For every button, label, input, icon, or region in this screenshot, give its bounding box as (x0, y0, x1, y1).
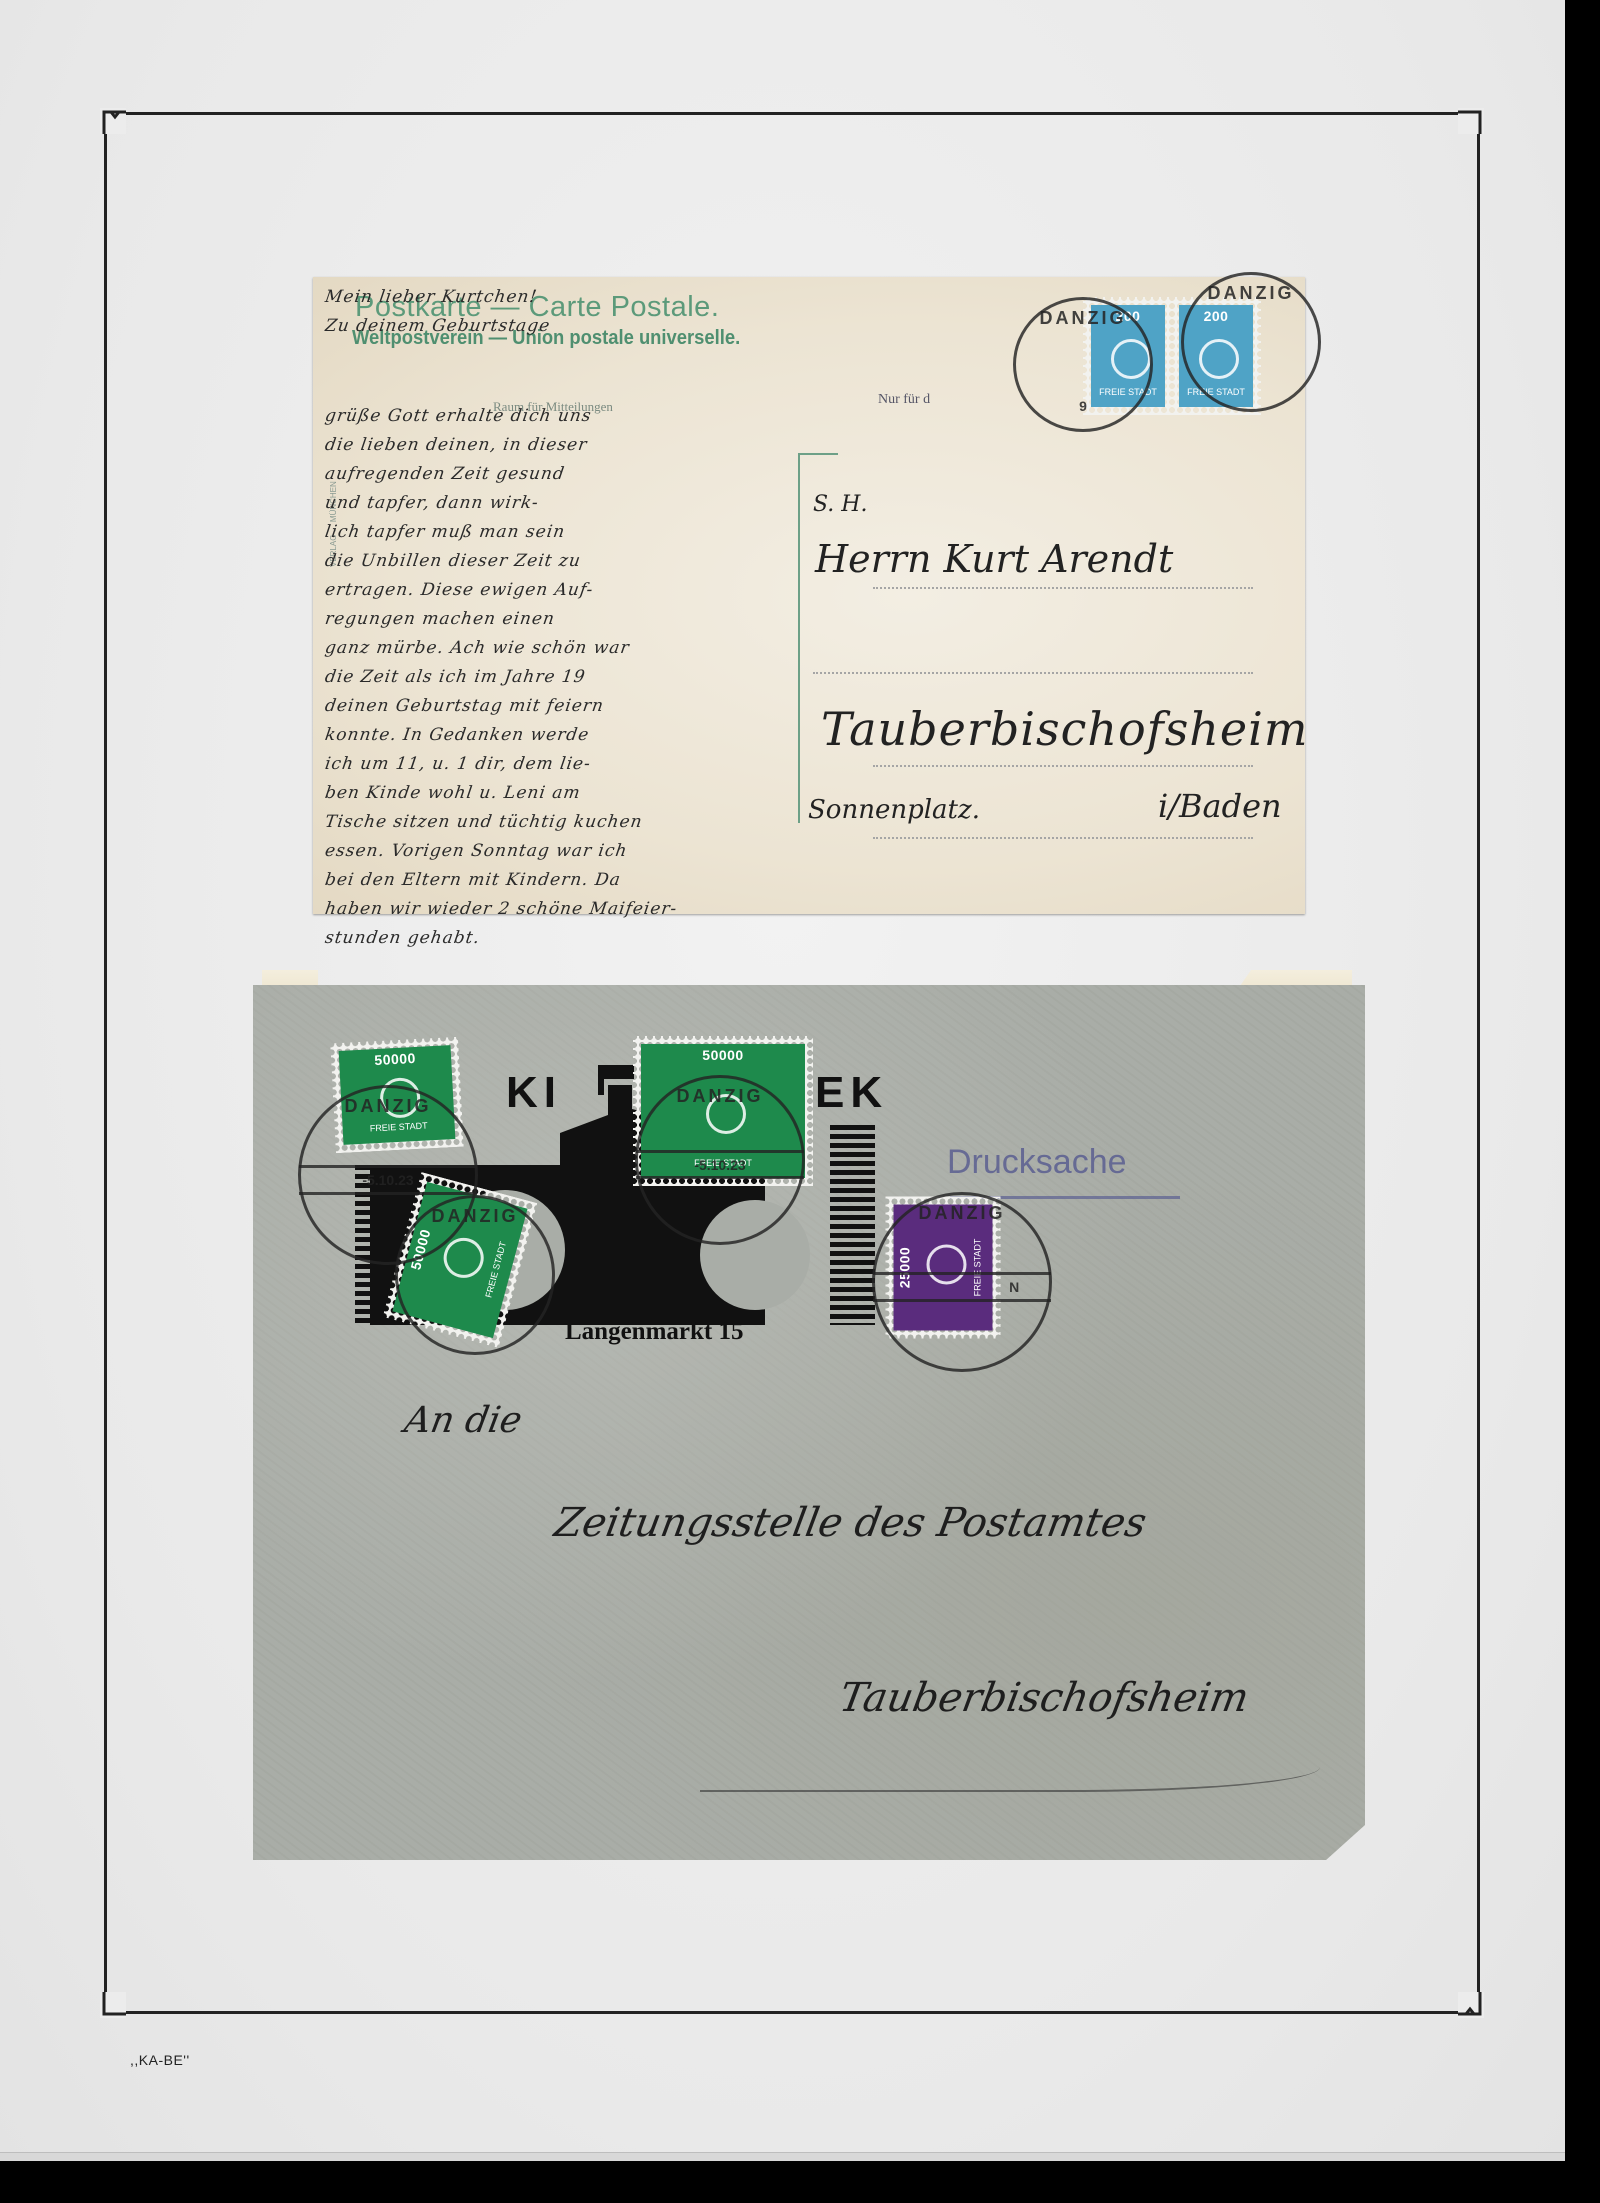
cover-address-line: Zeitungsstelle des Postamtes (551, 1500, 1150, 1546)
advert-heading-right: EK (815, 1068, 888, 1118)
address-guide-line (873, 765, 1253, 767)
message-line: die Unbillen dieser Zeit zu (323, 547, 797, 576)
postcard-divider (798, 453, 838, 455)
stamp-text: FREIE STADT (973, 1197, 983, 1339)
message-line: die lieben deinen, in dieser (323, 431, 797, 460)
message-line: regungen machen einen (323, 605, 797, 634)
postcard: Postkarte — Carte Postale. Weltpostverei… (313, 277, 1305, 914)
message-line: essen. Vorigen Sonntag war ich (323, 837, 797, 866)
address-guide-line (873, 587, 1253, 589)
stamp-danzig-green: 50000 FREIE STADT (633, 1036, 813, 1186)
address-guide-line (813, 672, 1253, 674)
message-line: ertragen. Diese ewigen Auf- (323, 576, 797, 605)
cover-address-line: An die (401, 1400, 525, 1441)
message-line: aufregenden Zeit gesund (323, 460, 797, 489)
advert-border (830, 1125, 875, 1325)
stamp-value: 200 (1116, 308, 1141, 324)
message-line: Mein lieber Kurtchen! (323, 283, 797, 312)
stamp-value: 50000 (702, 1047, 743, 1063)
address-recipient: Herrn Kurt Arendt (815, 537, 1173, 581)
advert-border (355, 1165, 377, 1325)
address-guide-line (873, 837, 1253, 839)
address-town: Tauberbischofsheim (821, 702, 1308, 756)
stamp-danzig-green: 50000 FREIE STADT (330, 1037, 464, 1154)
address-prefix: S. H. (813, 492, 867, 517)
advert-flag-icon (598, 1065, 634, 1079)
advert-heading-left: KI (506, 1068, 562, 1118)
advert-illustration-cloud (700, 1200, 810, 1310)
message-line: stunden gehabt. (323, 924, 797, 953)
frame-corner-ornament (1458, 1992, 1484, 2018)
postcard-divider (798, 453, 800, 823)
stamp-value: 25000 (897, 1247, 913, 1288)
message-line: Zu deinem Geburtstage (323, 312, 797, 341)
message-line: und tapfer, dann wirk- (323, 489, 797, 518)
handwriting-flourish (700, 1730, 1320, 1792)
message-line (321, 341, 800, 402)
postcard-address-hint: Nur für d (878, 392, 930, 408)
stamp-text: FREIE STADT (1083, 387, 1173, 397)
postcard-message: Mein lieber Kurtchen! Zu deinem Geburtst… (325, 283, 795, 953)
message-line: die Zeit als ich im Jahre 19 (323, 663, 797, 692)
stamp-danzig-blue: 200 FREIE STADT (1171, 297, 1261, 415)
address-region: i/Baden (1158, 787, 1282, 825)
stamp-text: FREIE STADT (1171, 387, 1261, 397)
message-line: haben wir wieder 2 schöne Maifeier- (323, 895, 797, 924)
coat-of-arms-icon (1111, 339, 1151, 379)
album-brand-label: ,,KA-BE'' (130, 2052, 190, 2068)
frame-corner-ornament (100, 108, 126, 134)
message-line: deinen Geburtstag mit feiern (323, 692, 797, 721)
stamp-value: 200 (1204, 308, 1229, 324)
album-page: ,,KA-BE'' Postkarte — Carte Postale. Wel… (0, 0, 1565, 2160)
coat-of-arms-icon (706, 1094, 746, 1134)
message-line: ganz mürbe. Ach wie schön war (323, 634, 797, 663)
drucksache-handstamp: Drucksache (947, 1143, 1127, 1182)
cover-address-line: Tauberbischofsheim (836, 1675, 1252, 1721)
coat-of-arms-icon (926, 1245, 966, 1285)
stamp-danzig-violet: 25000 FREIE STADT (886, 1197, 1001, 1339)
message-line: grüße Gott erhalte dich uns (323, 402, 797, 431)
message-line: konnte. In Gedanken werde (323, 721, 797, 750)
message-line: lich tapfer muß man sein (323, 518, 797, 547)
message-line: bei den Eltern mit Kindern. Da (323, 866, 797, 895)
message-line: ben Kinde wohl u. Leni am (323, 779, 797, 808)
album-page-edge (0, 2152, 1565, 2161)
address-street: Sonnenplatz. (808, 795, 980, 825)
coat-of-arms-icon (1199, 339, 1239, 379)
stamp-value: 50000 (374, 1050, 416, 1068)
message-line: Tische sitzen und tüchtig kuchen (323, 808, 797, 837)
frame-corner-ornament (100, 1992, 126, 2018)
advert-address: Langenmarkt 15 (565, 1318, 743, 1346)
stamp-danzig-blue: 200 FREIE STADT (1083, 297, 1173, 415)
frame-corner-ornament (1458, 108, 1484, 134)
stamp-text: FREIE STADT (633, 1158, 813, 1168)
message-line: ich um 11, u. 1 dir, dem lie- (323, 750, 797, 779)
